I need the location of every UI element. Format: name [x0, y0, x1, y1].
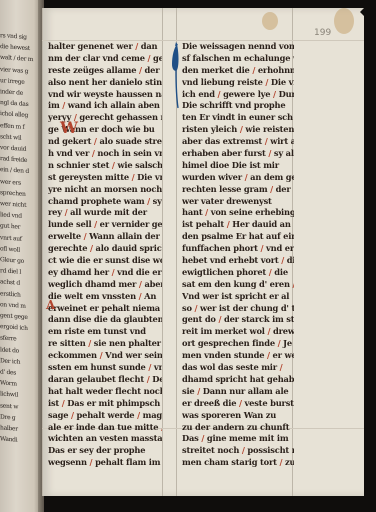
text-line: ewigtlichen phoret / die	[182, 267, 294, 279]
text-line: nm der clar vnd ceme / ge	[48, 53, 162, 65]
text-line: die hewest	[0, 44, 30, 51]
text-line: ten Er vindt in euner sch	[182, 112, 294, 124]
text-line: den psalme Er hat auf einer	[182, 231, 294, 243]
text-line: im / wand ich allain aben	[48, 100, 162, 112]
text-line: eckommen / Vnd wer sein er	[48, 350, 162, 362]
text-line: Gleur go	[0, 257, 24, 264]
text-line: sat em den kung d' eren /	[182, 279, 294, 291]
text-line: em riste em tunst vnd	[48, 326, 162, 338]
text-line: effen m f	[0, 123, 24, 130]
text-line: halter genenet wer / dan	[48, 41, 162, 53]
text-line: Der ich	[0, 358, 20, 364]
text-line: rechten lesse gram / der	[182, 184, 294, 196]
text-line: wegsenn / pehalt flam im	[48, 457, 162, 469]
text-line: d' des	[0, 369, 16, 375]
text-line: lunde sell / er vernider ge	[48, 219, 162, 231]
text-line: ist / Das er mit phimpsch nach	[48, 398, 162, 410]
text-line: men cham starig tort / zu	[182, 457, 294, 469]
text-line: halber	[0, 425, 18, 431]
text-line: vnrt auf	[0, 235, 22, 242]
text-line: men vnden stunde / er weste	[182, 350, 294, 362]
text-line: ort gesprechen finde / Je ni	[182, 338, 294, 350]
red-initial-w: W	[60, 118, 78, 137]
text-line: ist pehalt / Her dauid an	[182, 219, 294, 231]
text-line: re sitten / sie nen phalter	[48, 338, 162, 350]
text-line: vnd liebung reiste / Die vnd	[182, 77, 294, 89]
text-line: wichten an vesten masstam /	[48, 433, 162, 445]
text-line: n schnier stet / wie salsch	[48, 160, 162, 172]
text-line: gent gege	[0, 313, 28, 320]
folio-number: 199	[314, 28, 331, 38]
text-line: also nent her danielo stin /	[48, 77, 162, 89]
text-line: Dre g	[0, 414, 15, 420]
text-line: nd gekert / alo suade streit	[48, 136, 162, 148]
text-line: ur irrege	[0, 78, 25, 85]
text-line: ct wie die er sunst dise wort	[48, 255, 162, 267]
text-line: rs vnd sig	[0, 33, 27, 40]
text-line: hant / von seine erhebing	[182, 207, 294, 219]
text-line: ssten em hunst sunde / vnd m	[48, 362, 162, 374]
text-line: achst d	[0, 280, 20, 286]
text-line: wer vater drewenyst	[182, 196, 294, 208]
text-line: Wandi	[0, 437, 17, 443]
text-line: wurden wiver / an dem ge	[182, 172, 294, 184]
text-line: lied vnd	[0, 212, 22, 219]
text-line: dhamd spricht hat gehabt	[182, 374, 294, 386]
text-line: aber das extremst / wirt auf	[182, 136, 294, 148]
text-line: ofl woll	[0, 246, 20, 252]
text-line: zu der andern zu chunft	[182, 422, 294, 434]
text-line: vor dauid	[0, 145, 26, 152]
text-line: ichol alleg	[0, 111, 28, 118]
ruling-line	[162, 8, 163, 496]
text-line: erstlich	[0, 291, 21, 297]
text-line: yre nicht an morsen noch	[48, 184, 162, 196]
stain	[262, 12, 278, 30]
text-line: rey / all wurde mit der	[48, 207, 162, 219]
text-line: den merket die / erhohnng	[182, 65, 294, 77]
text-line: ey dhamd her / vnd die er	[48, 267, 162, 279]
ruling-line	[42, 8, 43, 496]
text-line: vnd wir weyste haussen nach	[48, 89, 162, 101]
text-line: lichwil	[0, 392, 18, 398]
text-line: scht wil	[0, 134, 21, 140]
text-line: funffachen phort / vnd er	[182, 243, 294, 255]
text-line: was sporeren Wan zu	[182, 410, 294, 422]
right-text-column: Die weissagen nennd vondsf falschen m ec…	[182, 41, 294, 469]
text-line: dann dise die da glaubten	[48, 314, 162, 326]
text-line: reit im merket wol / drew	[182, 326, 294, 338]
text-line: sent w	[0, 403, 18, 409]
text-line: ein / den d	[0, 167, 29, 174]
text-line: die welt em vnssten / An	[48, 291, 162, 303]
text-line: gent do / der starck im st	[182, 314, 294, 326]
text-line: sprechen	[0, 190, 26, 197]
blue-initial-letter	[170, 42, 182, 112]
text-line: Die schrifft vnd prophe	[182, 100, 294, 112]
text-line: reste zeüges allame / der	[48, 65, 162, 77]
text-line: on vnd m	[0, 302, 26, 309]
left-text-column: halter genenet wer / dannm der clar vnd …	[48, 41, 162, 469]
text-line: rad freide	[0, 156, 27, 163]
text-line: st gereysten mitte / Die vnd	[48, 172, 162, 184]
text-line: sf falschen m echalunge weiss	[182, 53, 294, 65]
stain	[334, 8, 354, 34]
text-line: h vnd ver / noch in sein vnd	[48, 148, 162, 160]
text-line: Das / gine meme mit im	[182, 433, 294, 445]
text-line: streitet noch / possischt me	[182, 445, 294, 457]
text-line: weglich dhamd mer / aber	[48, 279, 162, 291]
text-line: sferre	[0, 336, 16, 342]
red-initial-a: A	[46, 298, 55, 312]
text-line: Worm	[0, 381, 17, 387]
text-line: sie / Dann nur allam ale	[182, 386, 294, 398]
text-line: rd diel l	[0, 268, 21, 274]
text-line: Vnd wer ist spricht er al	[182, 291, 294, 303]
text-line: so / wer ist der chung d' tu	[182, 303, 294, 315]
text-line: wer ers	[0, 179, 21, 185]
text-line: erhaben aber furst / sy all	[182, 148, 294, 160]
text-line: ale er inde dan tue mitte /	[48, 422, 162, 434]
text-line: vier was g	[0, 67, 28, 74]
text-line: erweinet er pehalt niema	[48, 303, 162, 315]
text-line: Das er sey der prophe	[48, 445, 162, 457]
text-line: ergoid ich	[0, 324, 28, 331]
text-line: erwelte / Wann allain der	[48, 231, 162, 243]
recto-page: 199 halter genenet wer / dannm der clar …	[42, 8, 364, 496]
text-line: gut her	[0, 224, 20, 230]
text-line: hat halt weder flecht noch er	[48, 386, 162, 398]
text-line: er dreeß die / veste burst	[182, 398, 294, 410]
text-line: daran gelaubet flecht / Der	[48, 374, 162, 386]
text-line: inder de	[0, 89, 23, 96]
text-line: Die weissagen nennd vond	[182, 41, 294, 53]
text-line: risten yleich / wie reisteng	[182, 124, 294, 136]
verso-page-edge: rs vnd sigdie hewestwalt / der mvier was…	[0, 0, 40, 512]
text-line: ngl da das	[0, 100, 28, 107]
text-line: gerechte / alo dauid spricht	[48, 243, 162, 255]
text-line: walt / der m	[0, 55, 33, 62]
text-line: wer nicht	[0, 201, 26, 208]
text-line: himel dioe Die ist mir	[182, 160, 294, 172]
text-line: hebet vnd erhebt vort / die	[182, 255, 294, 267]
text-line: das wol das seste mir /	[182, 362, 294, 374]
text-line: ich end / gewere lye / Durch	[182, 89, 294, 101]
text-line: sage / pehalt werde / mage	[48, 410, 162, 422]
text-line: ldet do	[0, 347, 19, 353]
text-line: chamd prophete wam / sy	[48, 196, 162, 208]
